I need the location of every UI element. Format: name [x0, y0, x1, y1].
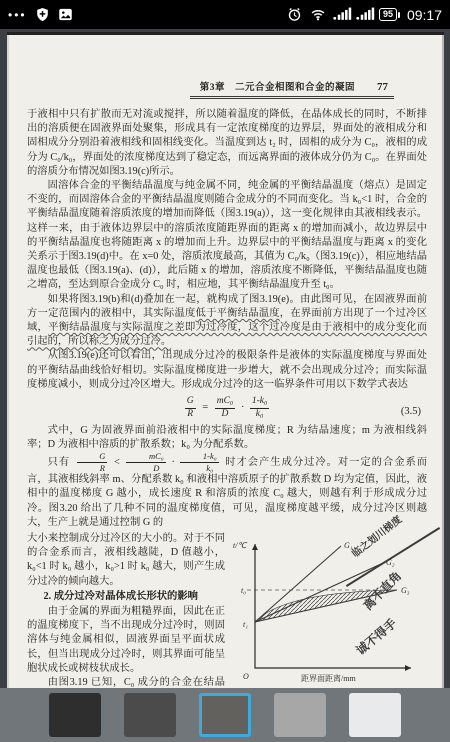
- equation-operator: =: [202, 401, 209, 415]
- left-text-column: 大小来控制成分过冷区的大小的。对于不同的合金系而言，液相线越陡，D 值越小，k₀…: [27, 532, 225, 688]
- formula-term: G: [77, 452, 108, 463]
- figure-3-20: t/℃ t₀ t₁ G₁ G₂ G₃ O 距界面距离/mm 图 3.20 温度梯…: [225, 532, 427, 688]
- paragraph-segment: 只有: [48, 457, 71, 468]
- label-G1: G₁: [344, 541, 353, 550]
- page-body-text: 于液相中只有扩散而无对流或搅拌，所以随着温度的降低，在晶体成长的同时，不断排出的…: [7, 99, 444, 688]
- equation-term: G: [185, 397, 196, 409]
- tick-t1: t₁: [243, 620, 248, 629]
- paragraph: 由图3.19 已知，C₀ 成分的合金在结晶时，: [27, 676, 225, 688]
- paragraph-with-pencil-underlines: 如果将图3.19(b)和(d)叠加在一起，就构成了图3.19(e)。由此图可见，…: [27, 293, 427, 350]
- more-notifications-icon: •••: [8, 9, 27, 21]
- paragraph: 从图3.19(e)还可以看出，出现成分过冷的极限条件是液体的实际温度梯度与界面处…: [27, 349, 427, 392]
- document-viewer[interactable]: 第3章 二元合金相图和合金的凝固 77 于液相中只有扩散而无对流或搅拌，所以随着…: [0, 29, 450, 688]
- equation-term: mC₀: [215, 397, 236, 409]
- screenshot-image-icon: [58, 7, 73, 22]
- status-bar-right: 95 09:17: [287, 7, 442, 23]
- paragraph: 于液相中只有扩散而无对流或搅拌，所以随着温度的降低，在晶体成长的同时，不断排出的…: [27, 108, 427, 179]
- paragraph: 大小来控制成分过冷区的大小的。对于不同的合金系而言，液相线越陡，D 值越小，k₀…: [27, 532, 225, 589]
- paragraph-with-inline-formula: 只有 GR<mC₀D·1-k₀k₀ 时才会产生成分过冷。对一定的合金系而言，其液…: [27, 452, 427, 530]
- formula-operator: <: [113, 457, 120, 468]
- label-G2: G₂: [386, 558, 395, 567]
- page-number: 77: [377, 81, 388, 93]
- equation-3-5: GR = mC₀D · 1-k₀k₀ (3.5): [27, 397, 427, 420]
- cellular-signal-icon-2: [356, 7, 371, 22]
- section-heading: 2. 成分过冷对晶体成长形状的影响: [27, 590, 225, 604]
- clock-time: 09:17: [407, 7, 442, 23]
- formula-term: mC₀: [126, 452, 165, 463]
- y-axis-label: t/℃: [233, 541, 247, 550]
- page-thumbnail-1[interactable]: [49, 693, 101, 737]
- alarm-clock-icon: [287, 7, 302, 22]
- status-bar: •••: [0, 0, 450, 29]
- paragraph: 固溶体合金的平衡结晶温度与纯金属不同，纯金属的平衡结晶温度（熔点）是固定不变的，…: [27, 179, 427, 293]
- page-thumbnail-5[interactable]: [349, 693, 401, 737]
- chapter-title: 第3章 二元合金相图和合金的凝固: [200, 79, 355, 93]
- tick-t0: t₀: [241, 586, 246, 595]
- paragraph: 由于金属的界面为粗糙界面，因此在正的温度梯度下，当不出现成分过冷时，则固溶体与纯…: [27, 605, 225, 676]
- equation-operator: ·: [241, 401, 244, 415]
- equation-term: D: [222, 409, 229, 420]
- scanned-book-page[interactable]: 第3章 二元合金相图和合金的凝固 77 于液相中只有扩散而无对流或搅拌，所以随着…: [7, 32, 444, 688]
- page-thumbnail-3-selected[interactable]: [199, 693, 251, 737]
- formula-term: R: [79, 463, 105, 473]
- wifi-icon: [310, 7, 325, 22]
- security-shield-icon: [35, 7, 50, 22]
- equation-term: k₀: [256, 409, 264, 420]
- x-axis-label: 距界面距离/mm: [301, 673, 356, 683]
- status-bar-left: •••: [8, 7, 73, 22]
- page-thumbnail-2[interactable]: [124, 693, 176, 737]
- formula-term: k₀: [186, 463, 213, 473]
- battery-indicator: 95: [379, 8, 397, 21]
- pencil-underlined-phrase: 平衡结晶温度与实际温度之差即为过冷度，这个过冷度是由于液相中的成分变化而引起的，…: [27, 322, 427, 347]
- pencil-underlined-phrase: 低于平衡结晶温度: [196, 308, 280, 319]
- equation-term: R: [187, 409, 193, 420]
- formula-term: 1-k₀: [180, 452, 218, 463]
- formula-term: D: [133, 463, 160, 473]
- cellular-signal-icon-1: [333, 7, 348, 22]
- label-G3: G₃: [401, 586, 410, 595]
- equation-term: 1-k₀: [250, 397, 269, 409]
- equation-number: (3.5): [401, 405, 421, 419]
- phone-screen: •••: [0, 0, 450, 742]
- formula-operator: ·: [172, 457, 175, 468]
- temperature-gradient-chart: t/℃ t₀ t₁ G₁ G₂ G₃ O 距界面距离/mm: [231, 536, 427, 688]
- paragraph: 式中，G 为固液界面前沿液相中的实际温度梯度；R 为结晶速度；m 为液相线斜率；…: [27, 424, 427, 452]
- origin-label: O: [243, 672, 249, 681]
- bottom-toolbar: [0, 688, 450, 742]
- two-column-block: 大小来控制成分过冷区的大小的。对于不同的合金系而言，液相线越陡，D 值越小，k₀…: [27, 532, 427, 688]
- page-thumbnail-4[interactable]: [274, 693, 326, 737]
- running-header: 第3章 二元合金相图和合金的凝固 77: [7, 79, 444, 99]
